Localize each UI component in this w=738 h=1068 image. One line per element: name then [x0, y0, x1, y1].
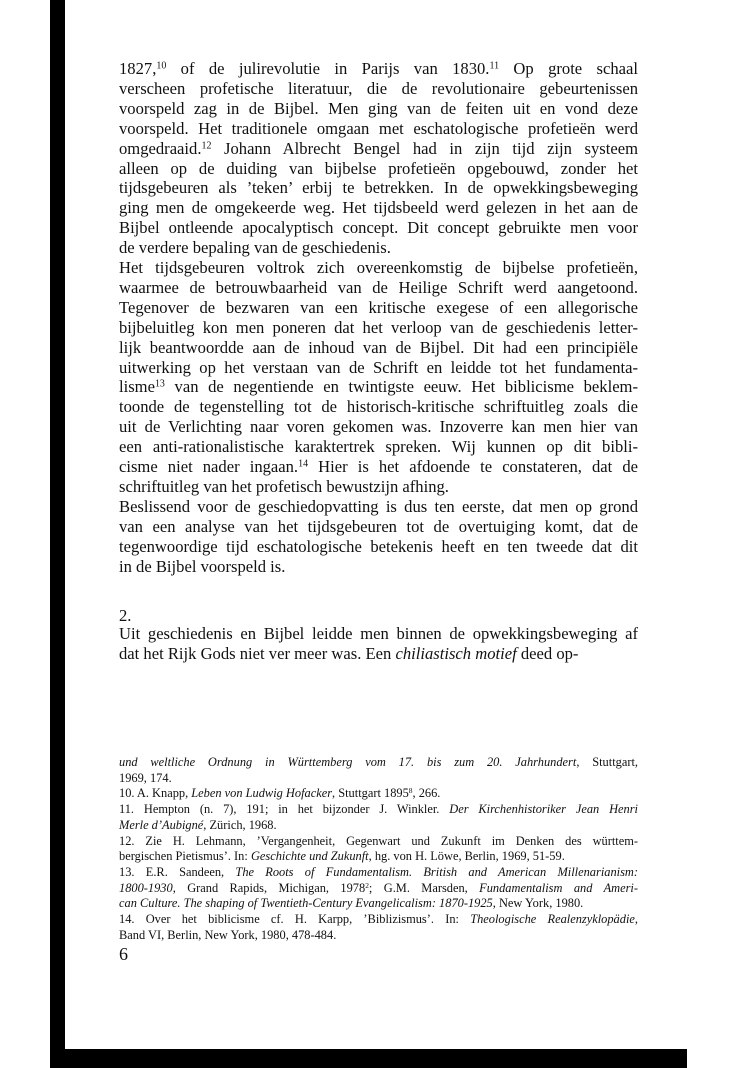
text-segment: bergischen Pietismus’. In:	[119, 849, 251, 863]
text-line: dat het Rijk Gods niet ver meer was. Een…	[119, 644, 638, 664]
text-segment: dat het Rijk Gods niet ver meer was. Een	[119, 644, 396, 663]
text-segment: voorspeld zag in de Bijbel. Men ging van…	[119, 99, 638, 118]
text-line: voorspeld. Het traditionele omgaan met e…	[119, 119, 638, 139]
text-segment: tegenwoordige tijd eschatologische betek…	[119, 537, 638, 556]
text-line: lisme13 van de negentiende en twintigste…	[119, 377, 638, 397]
text-line: cisme niet nader ingaan.14 Hier is het a…	[119, 457, 638, 477]
text-segment: omgedraaid.	[119, 139, 201, 158]
text-line: toonde de tegenstelling tot de historisc…	[119, 397, 638, 417]
text-segment: Leben von Ludwig Hofacker	[191, 786, 332, 800]
footnote-line: 12. Zie H. Lehmann, ’Vergangenheit, Gege…	[119, 834, 638, 849]
text-segment: bijbeluitleg kon men poneren dat het ver…	[119, 318, 638, 337]
text-line: omgedraaid.12 Johann Albrecht Bengel had…	[119, 139, 638, 159]
text-line: 1827,10 of de julirevolutie in Parijs va…	[119, 59, 638, 79]
text-segment: 1827,	[119, 59, 156, 78]
text-segment: , Grand Rapids, Michigan, 1978	[173, 881, 366, 895]
text-line: alleen op de duiding van bijbelse profet…	[119, 159, 638, 179]
text-segment: lijk beantwoordde aan de inhoud van de B…	[119, 338, 638, 357]
text-segment: , Stuttgart 1895	[332, 786, 409, 800]
text-line: Het tijdsgebeuren voltrok zich overeenko…	[119, 258, 638, 278]
text-segment: 1800-1930	[119, 881, 173, 895]
text-segment: Op grote schaal	[499, 59, 638, 78]
text-segment: ; G.M. Marsden,	[369, 881, 479, 895]
text-segment: , New York, 1980.	[493, 896, 584, 910]
text-segment: 11. Hempton (n. 7), 191; in het bijzonde…	[119, 802, 449, 816]
text-segment: 12. Zie H. Lehmann, ’Vergangenheit, Gege…	[119, 834, 638, 848]
text-segment: van de negentiende en twintigste eeuw. H…	[165, 377, 638, 396]
scan-bottom-border	[50, 1049, 687, 1068]
text-line: tijdsgebeuren als ’teken’ erbij te betre…	[119, 178, 638, 198]
text-line: Uit geschiedenis en Bijbel leidde men bi…	[119, 624, 638, 644]
footnote-line: 11. Hempton (n. 7), 191; in het bijzonde…	[119, 802, 638, 817]
text-line: uitwerking op het verstaan van de Schrif…	[119, 358, 638, 378]
text-segment: 1969, 174.	[119, 771, 172, 785]
footnote-line: 14. Over het biblicisme cf. H. Karpp, ’B…	[119, 912, 638, 927]
text-segment: Johann Albrecht Bengel had in zijn tijd …	[211, 139, 638, 158]
page-number: 6	[119, 944, 128, 965]
text-segment: cisme niet nader ingaan.	[119, 457, 298, 476]
text-segment: alleen op de duiding van bijbelse profet…	[119, 159, 638, 178]
text-segment: Fundamentalism and Ameri-	[479, 881, 638, 895]
footnote-line: 1800-1930, Grand Rapids, Michigan, 19782…	[119, 881, 638, 896]
text-segment: , Stuttgart,	[576, 755, 638, 769]
text-segment: deed op-	[517, 644, 579, 663]
text-segment: Geschichte und Zukunft	[251, 849, 369, 863]
footnote-line: 10. A. Knapp, Leben von Ludwig Hofacker,…	[119, 786, 638, 801]
text-segment: ,	[635, 912, 638, 926]
text-line: tegenwoordige tijd eschatologische betek…	[119, 537, 638, 557]
text-line: voorspeld zag in de Bijbel. Men ging van…	[119, 99, 638, 119]
text-line: Beslissend voor de geschiedopvatting is …	[119, 497, 638, 517]
text-segment: can Culture. The shaping of Twentieth-Ce…	[119, 896, 493, 910]
text-line: Bijbel ontleende apocalyptisch concept. …	[119, 218, 638, 238]
footnote-line: can Culture. The shaping of Twentieth-Ce…	[119, 896, 638, 911]
section-number: 2.	[119, 606, 638, 626]
text-segment: 10. A. Knapp,	[119, 786, 191, 800]
footnote-line: Band VI, Berlin, New York, 1980, 478-484…	[119, 928, 638, 943]
footnote-line: und weltliche Ordnung in Württemberg vom…	[119, 755, 638, 770]
text-segment: Het tijdsgebeuren voltrok zich overeenko…	[119, 258, 638, 277]
text-segment: Der Kirchenhistoriker Jean Henri	[449, 802, 638, 816]
text-line: schriftuitleg van het profetisch bewustz…	[119, 477, 638, 497]
text-segment: ging men de omgekeerde weg. Het tijdsbee…	[119, 198, 638, 217]
text-segment: Uit geschiedenis en Bijbel leidde men bi…	[119, 624, 638, 643]
text-segment: een anti-rationalistische karaktertrek s…	[119, 437, 638, 456]
scan-left-border	[50, 0, 65, 1068]
text-segment: , Zürich, 1968.	[203, 818, 276, 832]
footnote-reference: 14	[298, 459, 308, 470]
text-line: van een analyse van het tijdsgebeuren to…	[119, 517, 638, 537]
text-line: Tegenover de bezwaren van een kritische …	[119, 298, 638, 318]
text-segment: toonde de tegenstelling tot de historisc…	[119, 397, 638, 416]
footnote-line: 1969, 174.	[119, 771, 638, 786]
text-line: verscheen profetische literatuur, die de…	[119, 79, 638, 99]
text-line: bijbeluitleg kon men poneren dat het ver…	[119, 318, 638, 338]
text-segment: van een analyse van het tijdsgebeuren to…	[119, 517, 638, 536]
text-segment: 13. E.R. Sandeen,	[119, 865, 235, 879]
footnote-reference: 11	[489, 61, 499, 72]
footnote-reference: 13	[155, 379, 165, 390]
text-segment: in de Bijbel voorspeld is.	[119, 557, 285, 576]
text-segment: schriftuitleg van het profetisch bewustz…	[119, 477, 449, 496]
text-segment: voorspeld. Het traditionele omgaan met e…	[119, 119, 638, 138]
text-line: uit de Verlichting naar voren gekomen wa…	[119, 417, 638, 437]
footnote-line: bergischen Pietismus’. In: Geschichte un…	[119, 849, 638, 864]
text-line: een anti-rationalistische karaktertrek s…	[119, 437, 638, 457]
text-segment: Bijbel ontleende apocalyptisch concept. …	[119, 218, 638, 237]
text-segment: chiliastisch motief	[396, 644, 517, 663]
text-segment: Band VI, Berlin, New York, 1980, 478-484…	[119, 928, 336, 942]
text-segment: uit de Verlichting naar voren gekomen wa…	[119, 417, 638, 436]
text-segment: tijdsgebeuren als ’teken’ erbij te betre…	[119, 178, 638, 197]
text-segment: The Roots of Fundamentalism. British and…	[235, 865, 638, 879]
footnote-reference: 10	[156, 61, 166, 72]
text-segment: 14. Over het biblicisme cf. H. Karpp, ’B…	[119, 912, 470, 926]
text-segment: uitwerking op het verstaan van de Schrif…	[119, 358, 638, 377]
footnote-line: 13. E.R. Sandeen, The Roots of Fundament…	[119, 865, 638, 880]
text-line: ging men de omgekeerde weg. Het tijdsbee…	[119, 198, 638, 218]
text-line: lijk beantwoordde aan de inhoud van de B…	[119, 338, 638, 358]
text-segment: , hg. von H. Löwe, Berlin, 1969, 51-59.	[369, 849, 565, 863]
text-segment: Theologische Realenzyklopädie	[470, 912, 635, 926]
text-segment: of de julirevolutie in Parijs van 1830.	[166, 59, 489, 78]
text-segment: Beslissend voor de geschiedopvatting is …	[119, 497, 638, 516]
text-segment: waarmee de betrouwbaarheid van de Heilig…	[119, 278, 638, 297]
text-segment: Merle d’Aubigné	[119, 818, 203, 832]
text-segment: verscheen profetische literatuur, die de…	[119, 79, 638, 98]
text-segment: Hier is het afdoende te constateren, dat…	[308, 457, 638, 476]
text-segment: de verdere bepaling van de geschiedenis.	[119, 238, 391, 257]
text-segment: , 266.	[413, 786, 441, 800]
text-segment: und weltliche Ordnung in Württemberg vom…	[119, 755, 576, 769]
footnote-line: Merle d’Aubigné, Zürich, 1968.	[119, 818, 638, 833]
text-segment: lisme	[119, 377, 155, 396]
footnote-reference: 12	[201, 140, 211, 151]
text-line: in de Bijbel voorspeld is.	[119, 557, 638, 577]
text-segment: Tegenover de bezwaren van een kritische …	[119, 298, 638, 317]
text-line: de verdere bepaling van de geschiedenis.	[119, 238, 638, 258]
text-line: waarmee de betrouwbaarheid van de Heilig…	[119, 278, 638, 298]
